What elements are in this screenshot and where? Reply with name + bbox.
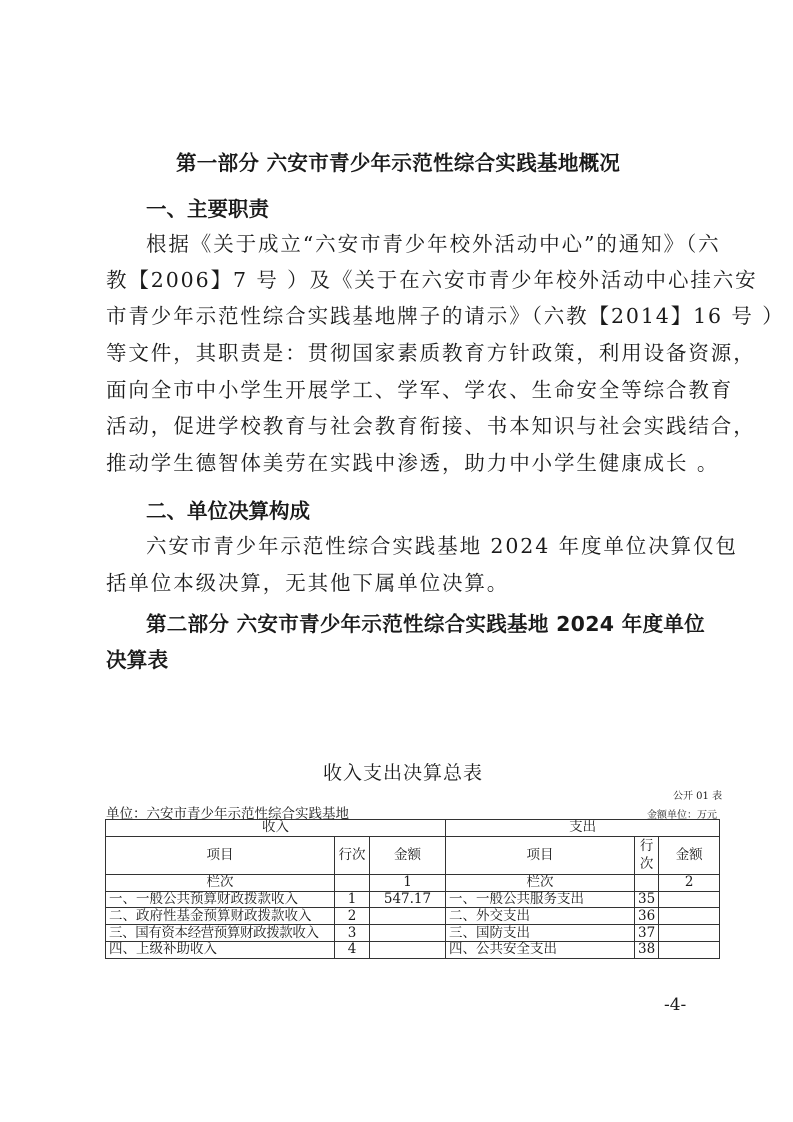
income-item: 一、一般公共预算财政拨款收入 xyxy=(106,891,335,908)
expense-row-no: 37 xyxy=(635,925,659,942)
income-index-row-no xyxy=(335,874,370,891)
section1-line: 教【2006】7 号 ）及《关于在六安市青少年校外活动中心挂六安 xyxy=(106,262,758,299)
table-row: 二、政府性基金预算财政拨款收入 2 二、外交支出 36 xyxy=(106,908,720,925)
expense-item: 二、外交支出 xyxy=(446,908,635,925)
section1-line: 活动，促进学校教育与社会教育衔接、书本知识与社会实践结合， xyxy=(106,408,756,445)
section2-heading: 二、单位决算构成 xyxy=(146,494,310,524)
table-title: 收入支出决算总表 xyxy=(323,758,483,785)
expense-row-no-header-top: 行 xyxy=(640,838,654,854)
expense-row-no-header-bottom: 次 xyxy=(640,856,654,872)
income-expense-summary-table: 收入 支出 项目 行次 金额 项目 行次 金额 栏次 1 栏次 2 一、一般公共… xyxy=(105,819,720,959)
income-item: 三、国有资本经营预算财政拨款收入 xyxy=(106,925,335,942)
expense-row-no: 35 xyxy=(635,891,659,908)
expense-item: 三、国防支出 xyxy=(446,925,635,942)
table-row: 一、一般公共预算财政拨款收入 1 547.17 一、一般公共服务支出 35 xyxy=(106,891,720,908)
part2-title-line2: 决算表 xyxy=(106,643,168,673)
table-column-header-row: 项目 行次 金额 项目 行次 金额 xyxy=(106,836,720,874)
section2-line: 六安市青少年示范性综合实践基地 2024 年度单位决算仅包 xyxy=(146,528,738,565)
expense-item: 四、公共安全支出 xyxy=(446,941,635,958)
section1-line: 等文件，其职责是：贯彻国家素质教育方针政策，利用设备资源， xyxy=(106,335,756,372)
income-row-no: 4 xyxy=(335,941,370,958)
expense-row-no: 38 xyxy=(635,941,659,958)
income-row-no-header: 行次 xyxy=(335,836,370,874)
section1-line: 推动学生德智体美劳在实践中渗透，助力中小学生健康成长 。 xyxy=(106,445,719,482)
expense-item: 一、一般公共服务支出 xyxy=(446,891,635,908)
table-row: 三、国有资本经营预算财政拨款收入 3 三、国防支出 37 xyxy=(106,925,720,942)
income-amount xyxy=(370,925,446,942)
form-number: 公开 01 表 xyxy=(673,787,722,802)
income-item: 二、政府性基金预算财政拨款收入 xyxy=(106,908,335,925)
expense-row-no-header: 行次 xyxy=(635,836,659,874)
part2-title-line1: 第二部分 六安市青少年示范性综合实践基地 2024 年度单位 xyxy=(146,607,705,637)
table-row: 四、上级补助收入 4 四、公共安全支出 38 xyxy=(106,941,720,958)
expense-index-row-no xyxy=(635,874,659,891)
income-row-no: 2 xyxy=(335,908,370,925)
expense-item-header: 项目 xyxy=(446,836,635,874)
expense-amount xyxy=(659,925,720,942)
income-amount xyxy=(370,941,446,958)
income-row-no: 1 xyxy=(335,891,370,908)
expense-index-label: 栏次 xyxy=(446,874,635,891)
expense-index-value: 2 xyxy=(659,874,720,891)
section2-line: 括单位本级决算，无其他下属单位决算。 xyxy=(106,565,509,602)
expense-amount-header: 金额 xyxy=(659,836,720,874)
section1-line: 根据《关于成立“六安市青少年校外活动中心”的通知》（六 xyxy=(146,226,721,263)
expense-group-header: 支出 xyxy=(446,820,720,837)
expense-amount xyxy=(659,941,720,958)
table-group-header-row: 收入 支出 xyxy=(106,820,720,837)
income-amount xyxy=(370,908,446,925)
income-item-header: 项目 xyxy=(106,836,335,874)
income-item: 四、上级补助收入 xyxy=(106,941,335,958)
expense-amount xyxy=(659,891,720,908)
section1-heading: 一、主要职责 xyxy=(146,192,269,222)
table-column-index-row: 栏次 1 栏次 2 xyxy=(106,874,720,891)
part1-title: 第一部分 六安市青少年示范性综合实践基地概况 xyxy=(176,146,620,176)
expense-row-no: 36 xyxy=(635,908,659,925)
expense-amount xyxy=(659,908,720,925)
income-index-value: 1 xyxy=(370,874,446,891)
section1-line: 面向全市中小学生开展学工、学军、学农、生命安全等综合教育 xyxy=(106,372,733,409)
income-row-no: 3 xyxy=(335,925,370,942)
section1-line: 市青少年示范性综合实践基地牌子的请示》（六教【2014】16 号 ） xyxy=(106,298,785,335)
income-group-header: 收入 xyxy=(106,820,446,837)
income-amount-header: 金额 xyxy=(370,836,446,874)
page-number: -4- xyxy=(664,995,686,1015)
income-amount: 547.17 xyxy=(370,891,446,908)
income-index-label: 栏次 xyxy=(106,874,335,891)
